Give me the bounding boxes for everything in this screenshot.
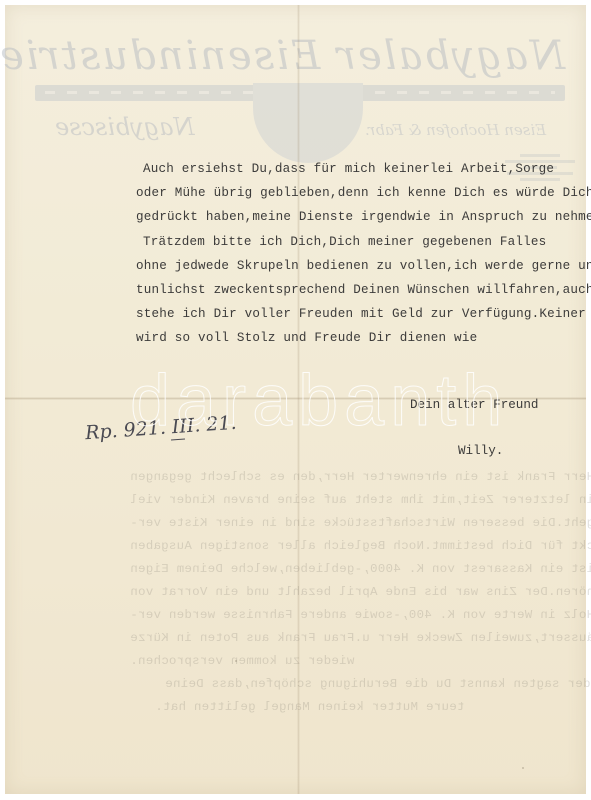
watermark: darabanth [130,360,508,442]
body-line: stehe ich Dir voller Freuden mit Geld zu… [136,307,586,321]
bleed-line: teure Mutter keinen Mangel gelitten hat. [155,700,464,714]
body-line: wird so voll Stolz und Freude Dir dienen… [136,331,477,345]
body-line: oder Mühe übrig geblieben,denn ich kenne… [136,186,591,200]
bleed-line: besser geht.Die besseren Wirtschaftsstüc… [130,516,591,530]
bleed-line: ist ein Kassarest von K. 4000,-geblieben… [130,562,591,576]
body-line: tunlichst zweckentsprechend Deinen Wünsc… [136,283,591,297]
paper-speck [235,660,237,662]
letter-paper: Nagybaler Eisenindustrie AG Nagybiscse E… [5,5,586,794]
bleed-line: packt für Dich bestimmt.Noch Begleich al… [130,539,591,553]
bleed-line: Herr Frank ist ein ehrenwerter Herr,den … [130,470,591,484]
bleed-line: Holz in Werte von K. 400,-sowie andere F… [130,608,591,622]
body-line: gedrückt haben,meine Dienste irgendwie i… [136,210,591,224]
body-line: Auch ersiehst Du,dass für mich keinerlei… [143,162,554,176]
bleed-line: äussert,zuweilen Zwecke Herr u.Frau Fran… [130,631,591,645]
bleed-line: in letzterer Zeit,mit ihm steht auf sein… [130,493,591,507]
body-line: Trätzdem bitte ich Dich,Dich meiner gege… [143,235,546,249]
bleed-line: wieder zu kommen versprochen. [130,654,354,668]
paper-speck [522,767,524,769]
signature: Willy. [458,444,503,458]
body-line: ohne jedwede Skrupeln bedienen zu vollen… [136,259,591,273]
bleed-line: Aus der sagten kannst Du die Beruhigung … [165,677,591,691]
bleed-line: gehören.Der Zins war bis Ende April beza… [130,585,591,599]
